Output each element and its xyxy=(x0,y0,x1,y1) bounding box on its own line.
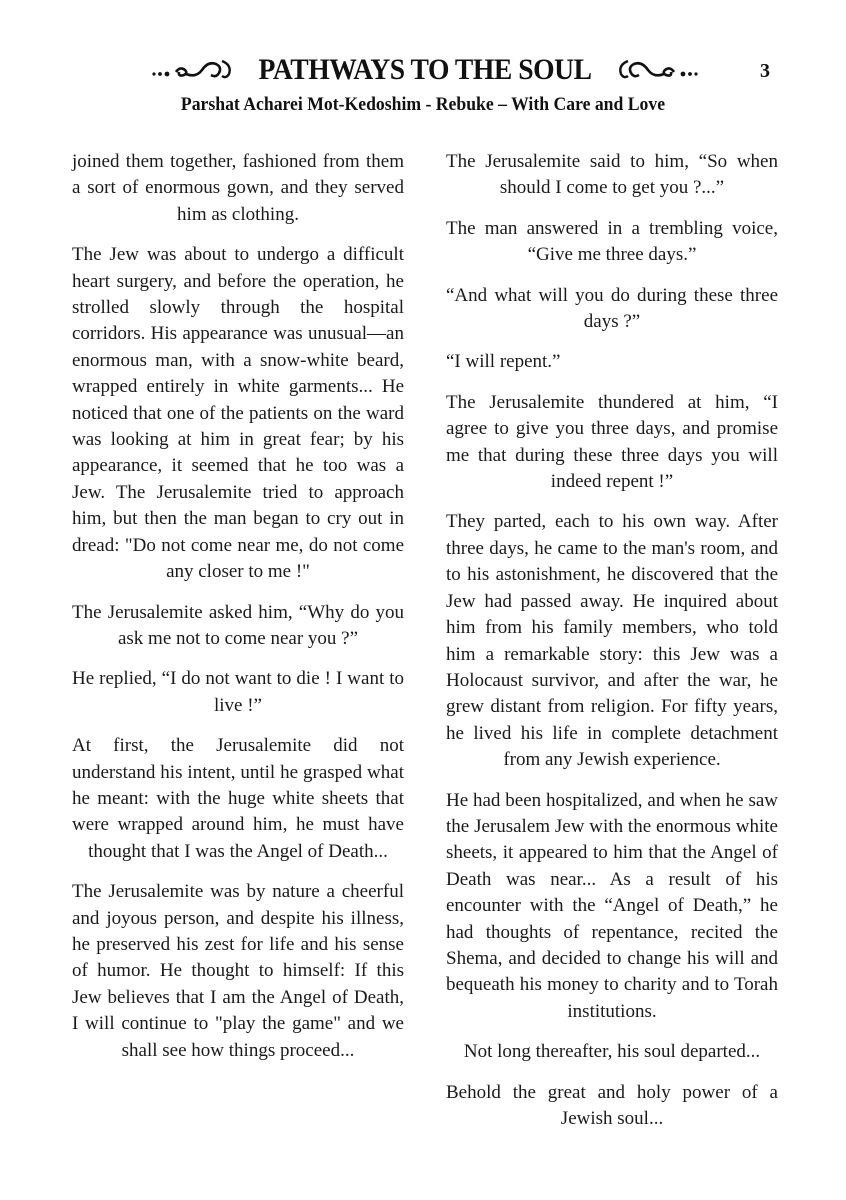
paragraph: Not long thereafter, his soul departed..… xyxy=(446,1039,778,1065)
paragraph: “I will repent.” xyxy=(446,349,778,375)
left-column: joined them together, fashioned from the… xyxy=(72,149,404,1078)
paragraph: The Jerusalemite thundered at him, “I ag… xyxy=(446,390,778,496)
right-column: The Jerusalemite said to him, “So when s… xyxy=(446,149,778,1146)
page-title: PATHWAYS TO THE SOUL xyxy=(258,53,591,87)
paragraph: The Jerusalemite said to him, “So when s… xyxy=(446,149,778,202)
paragraph: Behold the great and holy power of a Jew… xyxy=(446,1080,778,1133)
title-row: PATHWAYS TO THE SOUL xyxy=(130,50,720,90)
paragraph: The Jew was about to undergo a difficult… xyxy=(72,242,404,585)
scroll-ornament-left-icon xyxy=(148,55,238,85)
paragraph: The Jerusalemite asked him, “Why do you … xyxy=(72,600,404,653)
scroll-ornament-right-icon xyxy=(612,55,702,85)
paragraph: The man answered in a trembling voice, “… xyxy=(446,216,778,269)
paragraph: At first, the Jerusalemite did not under… xyxy=(72,733,404,865)
paragraph: They parted, each to his own way. After … xyxy=(446,509,778,773)
paragraph: He had been hospitalized, and when he sa… xyxy=(446,788,778,1026)
paragraph: He replied, “I do not want to die ! I wa… xyxy=(72,666,404,719)
paragraph: joined them together, fashioned from the… xyxy=(72,149,404,228)
page-number: 3 xyxy=(760,60,770,83)
paragraph: “And what will you do during these three… xyxy=(446,283,778,336)
page-subtitle: Parshat Acharei Mot-Kedoshim - Rebuke – … xyxy=(30,94,817,116)
paragraph: The Jerusalemite was by nature a cheerfu… xyxy=(72,879,404,1064)
